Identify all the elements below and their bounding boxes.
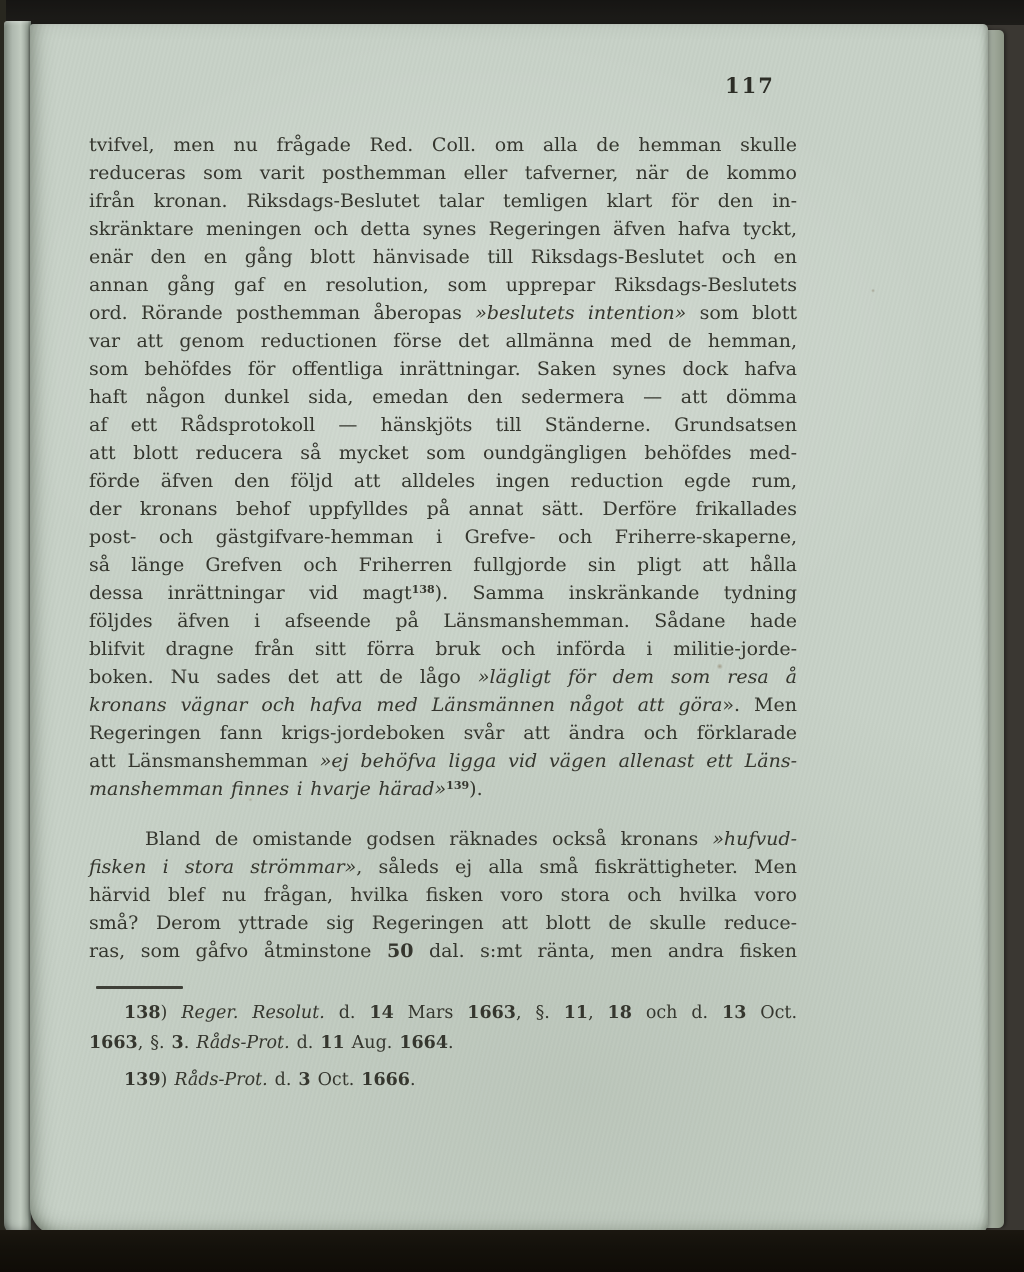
text-line: dessa inrättningar vid magt138). Samma i… xyxy=(89,579,797,607)
text-segment: manshemman finnes i hvarje härad» xyxy=(89,778,446,800)
text-segment: ). xyxy=(469,778,482,800)
text-segment: följdes äfven i afseende på Länsmanshemm… xyxy=(89,610,797,632)
background-bottom xyxy=(0,1230,1024,1272)
text-segment: post- och gästgifvare-hemman i Grefve- o… xyxy=(89,526,797,548)
footnote-line: 139) Råds-Prot. d. 3 Oct. 1666. xyxy=(89,1065,797,1095)
text-segment: dessa inrättningar vid magt xyxy=(89,582,412,604)
text-line: af ett Rådsprotokoll — hänskjöts till St… xyxy=(89,411,797,439)
text-line: att Länsmanshemman »ej behöfva ligga vid… xyxy=(89,747,797,775)
footnote-reference: 138 xyxy=(412,583,435,596)
text-line: så länge Grefven och Friherren fullgjord… xyxy=(89,551,797,579)
text-segment: 1666 xyxy=(361,1070,410,1090)
footnote: 139) Råds-Prot. d. 3 Oct. 1666. xyxy=(89,1065,797,1095)
body-text: tvifvel, men nu frågade Red. Coll. om al… xyxy=(89,131,797,965)
text-segment: . xyxy=(184,1033,197,1053)
text-segment: Reger. Resolut. xyxy=(181,1003,325,1023)
text-line: blifvit dragne från sitt förra bruk och … xyxy=(89,635,797,663)
text-line: ifrån kronan. Riksdags-Beslutet talar te… xyxy=(89,187,797,215)
text-segment: Oct. xyxy=(311,1070,362,1090)
text-segment: ». Men xyxy=(722,694,797,716)
text-segment: härvid blef nu frågan, hvilka fisken vor… xyxy=(89,884,797,906)
text-segment: d. xyxy=(268,1070,299,1090)
text-segment: »hufvud- xyxy=(712,828,797,850)
text-segment: Bland de omistande godsen räknades också… xyxy=(145,828,712,850)
text-line: reduceras som varit posthemman eller taf… xyxy=(89,159,797,187)
text-segment: ). Samma inskränkande tydning xyxy=(435,582,797,604)
text-segment: Mars xyxy=(394,1003,468,1023)
text-segment: 50 xyxy=(387,940,413,962)
text-segment: 11 xyxy=(320,1033,344,1053)
text-segment: förde äfven den följd att alldeles ingen… xyxy=(89,470,797,492)
footnote-line: 138) Reger. Resolut. d. 14 Mars 1663, §.… xyxy=(89,998,797,1028)
page-number: 117 xyxy=(725,73,775,98)
text-segment: 1664 xyxy=(399,1033,448,1053)
text-segment: af ett Rådsprotokoll — hänskjöts till St… xyxy=(89,414,797,436)
footnote: 138) Reger. Resolut. d. 14 Mars 1663, §.… xyxy=(89,998,797,1058)
text-segment: små? Derom yttrade sig Regeringen att bl… xyxy=(89,912,797,934)
footnotes: 138) Reger. Resolut. d. 14 Mars 1663, §.… xyxy=(89,998,797,1095)
text-line: härvid blef nu frågan, hvilka fisken vor… xyxy=(89,881,797,909)
text-line: var att genom reductionen förse det allm… xyxy=(89,327,797,355)
text-line: skränktare meningen och detta synes Rege… xyxy=(89,215,797,243)
text-line: kronans vägnar och hafva med Länsmännen … xyxy=(89,691,797,719)
text-line: som behöfdes för offentliga inrättningar… xyxy=(89,355,797,383)
text-segment: att Länsmanshemman xyxy=(89,750,320,772)
text-segment: fisken i stora strömmar» xyxy=(89,856,356,878)
text-segment: reduceras som varit posthemman eller taf… xyxy=(89,162,797,184)
text-line: post- och gästgifvare-hemman i Grefve- o… xyxy=(89,523,797,551)
text-segment: dal. s:mt ränta, men andra fisken xyxy=(413,940,797,962)
text-segment: d. xyxy=(290,1033,321,1053)
text-segment: att blott reducera så mycket som oundgän… xyxy=(89,442,797,464)
text-segment: 13 xyxy=(722,1003,746,1023)
background-top-band xyxy=(0,0,1024,25)
text-segment: tvifvel, men nu frågade Red. Coll. om al… xyxy=(89,134,797,156)
text-segment: der kronans behof uppfylldes på annat sä… xyxy=(89,498,797,520)
text-line: haft någon dunkel sida, emedan den seder… xyxy=(89,383,797,411)
text-segment: »beslutets intention» xyxy=(475,302,686,324)
text-segment: enär den en gång blott hänvisade till Ri… xyxy=(89,246,797,268)
text-segment: boken. Nu sades det att de lågo xyxy=(89,666,478,688)
text-segment: »lägligt för dem som resa å xyxy=(478,666,797,688)
text-line: boken. Nu sades det att de lågo »lägligt… xyxy=(89,663,797,691)
footnote-divider xyxy=(96,986,183,989)
text-segment: Råds-Prot. xyxy=(196,1033,289,1053)
paragraph: Bland de omistande godsen räknades också… xyxy=(89,825,797,965)
text-segment: 3 xyxy=(172,1033,184,1053)
scanned-book-photo: 117 tvifvel, men nu frågade Red. Coll. o… xyxy=(0,0,1024,1272)
text-line: små? Derom yttrade sig Regeringen att bl… xyxy=(89,909,797,937)
text-segment: »ej behöfva ligga vid vägen allenast ett… xyxy=(320,750,797,772)
text-segment: blifvit dragne från sitt förra bruk och … xyxy=(89,638,797,660)
text-segment: . xyxy=(448,1033,454,1053)
text-segment: och d. xyxy=(632,1003,722,1023)
text-segment: ifrån kronan. Riksdags-Beslutet talar te… xyxy=(89,190,797,212)
text-line: ord. Rörande posthemman åberopas »beslut… xyxy=(89,299,797,327)
text-line: manshemman finnes i hvarje härad»139). xyxy=(89,775,797,803)
text-line: förde äfven den följd att alldeles ingen… xyxy=(89,467,797,495)
text-segment: d. xyxy=(325,1003,370,1023)
text-segment: skränktare meningen och detta synes Rege… xyxy=(89,218,797,240)
text-segment: som blott xyxy=(686,302,797,324)
text-segment: , §. xyxy=(516,1003,564,1023)
paragraph: tvifvel, men nu frågade Red. Coll. om al… xyxy=(89,131,797,803)
text-line: tvifvel, men nu frågade Red. Coll. om al… xyxy=(89,131,797,159)
text-segment: så länge Grefven och Friherren fullgjord… xyxy=(89,554,797,576)
text-segment: 1663 xyxy=(89,1033,138,1053)
text-segment: annan gång gaf en resolution, som upprep… xyxy=(89,274,797,296)
text-line: annan gång gaf en resolution, som upprep… xyxy=(89,271,797,299)
text-segment: 1663 xyxy=(467,1003,516,1023)
text-segment: Råds-Prot. xyxy=(174,1070,267,1090)
text-segment: 139 xyxy=(124,1070,161,1090)
text-line: ras, som gåfvo åtminstone 50 dal. s:mt r… xyxy=(89,937,797,965)
text-line: enär den en gång blott hänvisade till Ri… xyxy=(89,243,797,271)
text-segment: som behöfdes för offentliga inrättningar… xyxy=(89,358,797,380)
footnote-reference: 139 xyxy=(446,779,469,792)
text-segment: Aug. xyxy=(345,1033,400,1053)
text-segment: ras, som gåfvo åtminstone xyxy=(89,940,387,962)
text-segment: 11 xyxy=(564,1003,588,1023)
previous-page-edge xyxy=(4,21,31,1235)
text-segment: 14 xyxy=(369,1003,393,1023)
text-segment: , såleds ej alla små fiskrättigheter. Me… xyxy=(356,856,797,878)
book-page: 117 tvifvel, men nu frågade Red. Coll. o… xyxy=(30,24,988,1236)
text-segment: 138 xyxy=(124,1003,161,1023)
text-segment: 3 xyxy=(298,1070,310,1090)
text-segment: , xyxy=(588,1003,607,1023)
text-line: der kronans behof uppfylldes på annat sä… xyxy=(89,495,797,523)
text-line: Regeringen fann krigs-jordeboken svår at… xyxy=(89,719,797,747)
text-segment: kronans vägnar och hafva med Länsmännen … xyxy=(89,694,722,716)
text-segment: Regeringen fann krigs-jordeboken svår at… xyxy=(89,722,797,744)
text-line: Bland de omistande godsen räknades också… xyxy=(89,825,797,853)
text-line: fisken i stora strömmar», såleds ej alla… xyxy=(89,853,797,881)
text-segment: . xyxy=(410,1070,416,1090)
text-segment: ) xyxy=(161,1003,182,1023)
footnote-line: 1663, §. 3. Råds-Prot. d. 11 Aug. 1664. xyxy=(89,1028,797,1058)
text-segment: , §. xyxy=(138,1033,172,1053)
text-segment: ord. Rörande posthemman åberopas xyxy=(89,302,475,324)
text-segment: Oct. xyxy=(746,1003,797,1023)
text-segment: haft någon dunkel sida, emedan den seder… xyxy=(89,386,797,408)
text-segment: 18 xyxy=(608,1003,632,1023)
text-segment: var att genom reductionen förse det allm… xyxy=(89,330,797,352)
text-line: att blott reducera så mycket som oundgän… xyxy=(89,439,797,467)
text-line: följdes äfven i afseende på Länsmanshemm… xyxy=(89,607,797,635)
text-segment: ) xyxy=(161,1070,175,1090)
